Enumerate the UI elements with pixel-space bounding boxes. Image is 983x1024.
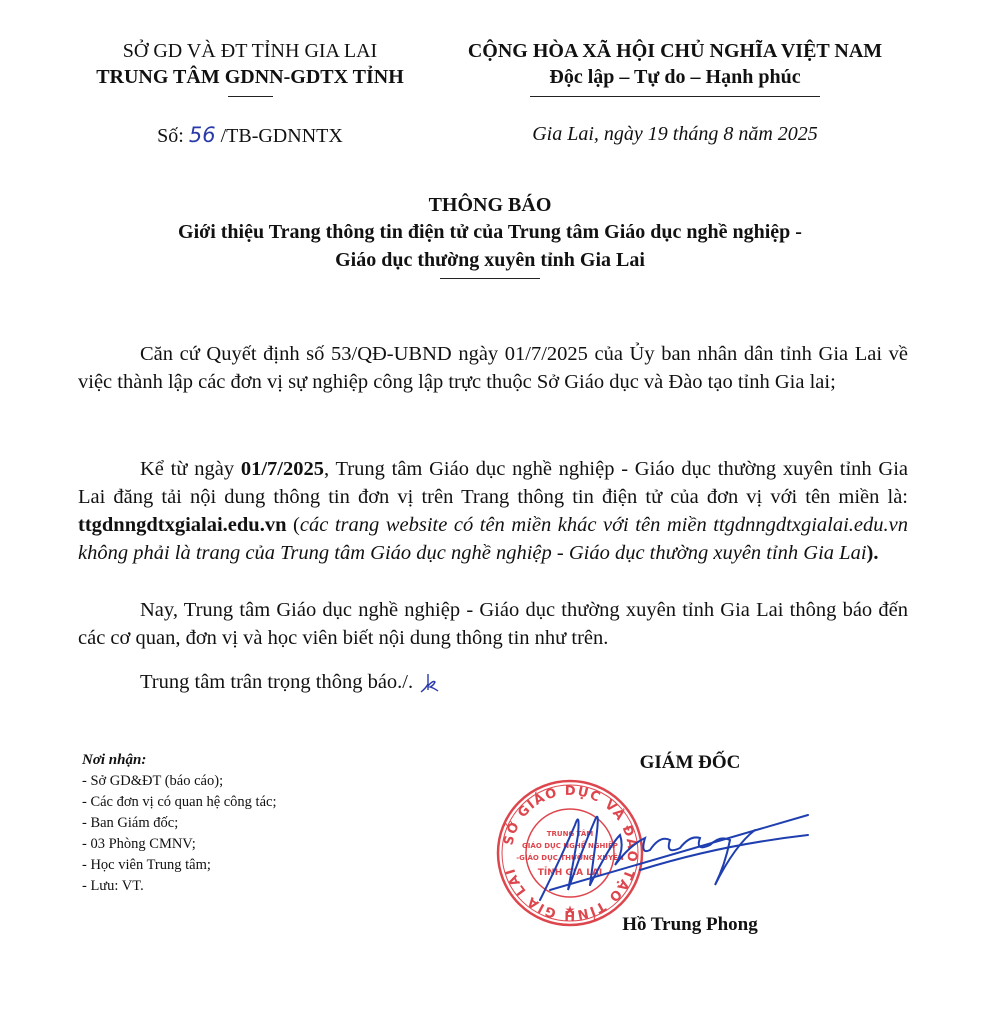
document-subject-line2: Giáo dục thường xuyên tỉnh Gia Lai — [60, 246, 920, 274]
signer-position: GIÁM ĐỐC — [590, 752, 790, 774]
national-motto: Độc lập – Tự do – Hạnh phúc — [425, 64, 925, 90]
recipient-item: - Sở GD&ĐT (báo cáo); — [82, 771, 402, 792]
recipient-item: - Lưu: VT. — [82, 876, 402, 897]
paragraph-legal-basis: Căn cứ Quyết định số 53/QĐ-UBND ngày 01/… — [78, 340, 908, 396]
header-left-divider — [228, 96, 273, 97]
issuing-agency-block: SỞ GD VÀ ĐT TỈNH GIA LAI TRUNG TÂM GDNN-… — [60, 38, 440, 97]
national-title-block: CỘNG HÒA XÃ HỘI CHỦ NGHĨA VIỆT NAM Độc l… — [425, 38, 925, 97]
p2-lead: Kể từ ngày — [140, 458, 241, 480]
nation-name: CỘNG HÒA XÃ HỘI CHỦ NGHĨA VIỆT NAM — [425, 38, 925, 64]
document-type: THÔNG BÁO — [60, 192, 920, 218]
p2-paren-open: ( — [286, 514, 299, 536]
recipients-title: Nơi nhận: — [82, 750, 402, 771]
paragraph-domain-announcement: Kể từ ngày 01/7/2025, Trung tâm Giáo dục… — [78, 455, 908, 567]
doc-number-suffix: /TB-GDNNTX — [216, 125, 343, 147]
issuing-unit: TRUNG TÂM GDNN-GDTX TỈNH — [60, 64, 440, 90]
paragraph-closing: Trung tâm trân trọng thông báo./. — [78, 668, 908, 696]
official-domain: ttgdnngdtxgialai.edu.vn — [78, 514, 286, 536]
header-right-divider — [530, 96, 820, 97]
initials-mark-icon — [418, 672, 442, 694]
parent-agency: SỞ GD VÀ ĐT TỈNH GIA LAI — [60, 38, 440, 64]
paragraph-notification: Nay, Trung tâm Giáo dục nghề nghiệp - Gi… — [78, 596, 908, 652]
p2-paren-close: ). — [867, 542, 879, 564]
issue-date: Gia Lai, ngày 19 tháng 8 năm 2025 — [425, 123, 925, 146]
handwritten-signature-icon — [520, 790, 810, 910]
recipient-item: - Ban Giám đốc; — [82, 813, 402, 834]
signer-name: Hồ Trung Phong — [585, 914, 795, 936]
recipients-block: Nơi nhận: - Sở GD&ĐT (báo cáo); - Các đơ… — [82, 750, 402, 897]
doc-number-prefix: Số: — [157, 125, 189, 147]
document-title-block: THÔNG BÁO Giới thiệu Trang thông tin điệ… — [60, 192, 920, 279]
closing-text: Trung tâm trân trọng thông báo./. — [140, 671, 413, 693]
doc-number-handwritten: 56 — [189, 123, 216, 147]
document-subject-line1: Giới thiệu Trang thông tin điện tử của T… — [60, 218, 920, 246]
recipient-item: - 03 Phòng CMNV; — [82, 834, 402, 855]
title-divider — [440, 278, 540, 279]
document-number: Số: 56 /TB-GDNNTX — [60, 123, 440, 148]
p2-effective-date: 01/7/2025 — [241, 458, 324, 480]
recipient-item: - Học viên Trung tâm; — [82, 855, 402, 876]
recipient-item: - Các đơn vị có quan hệ công tác; — [82, 792, 402, 813]
